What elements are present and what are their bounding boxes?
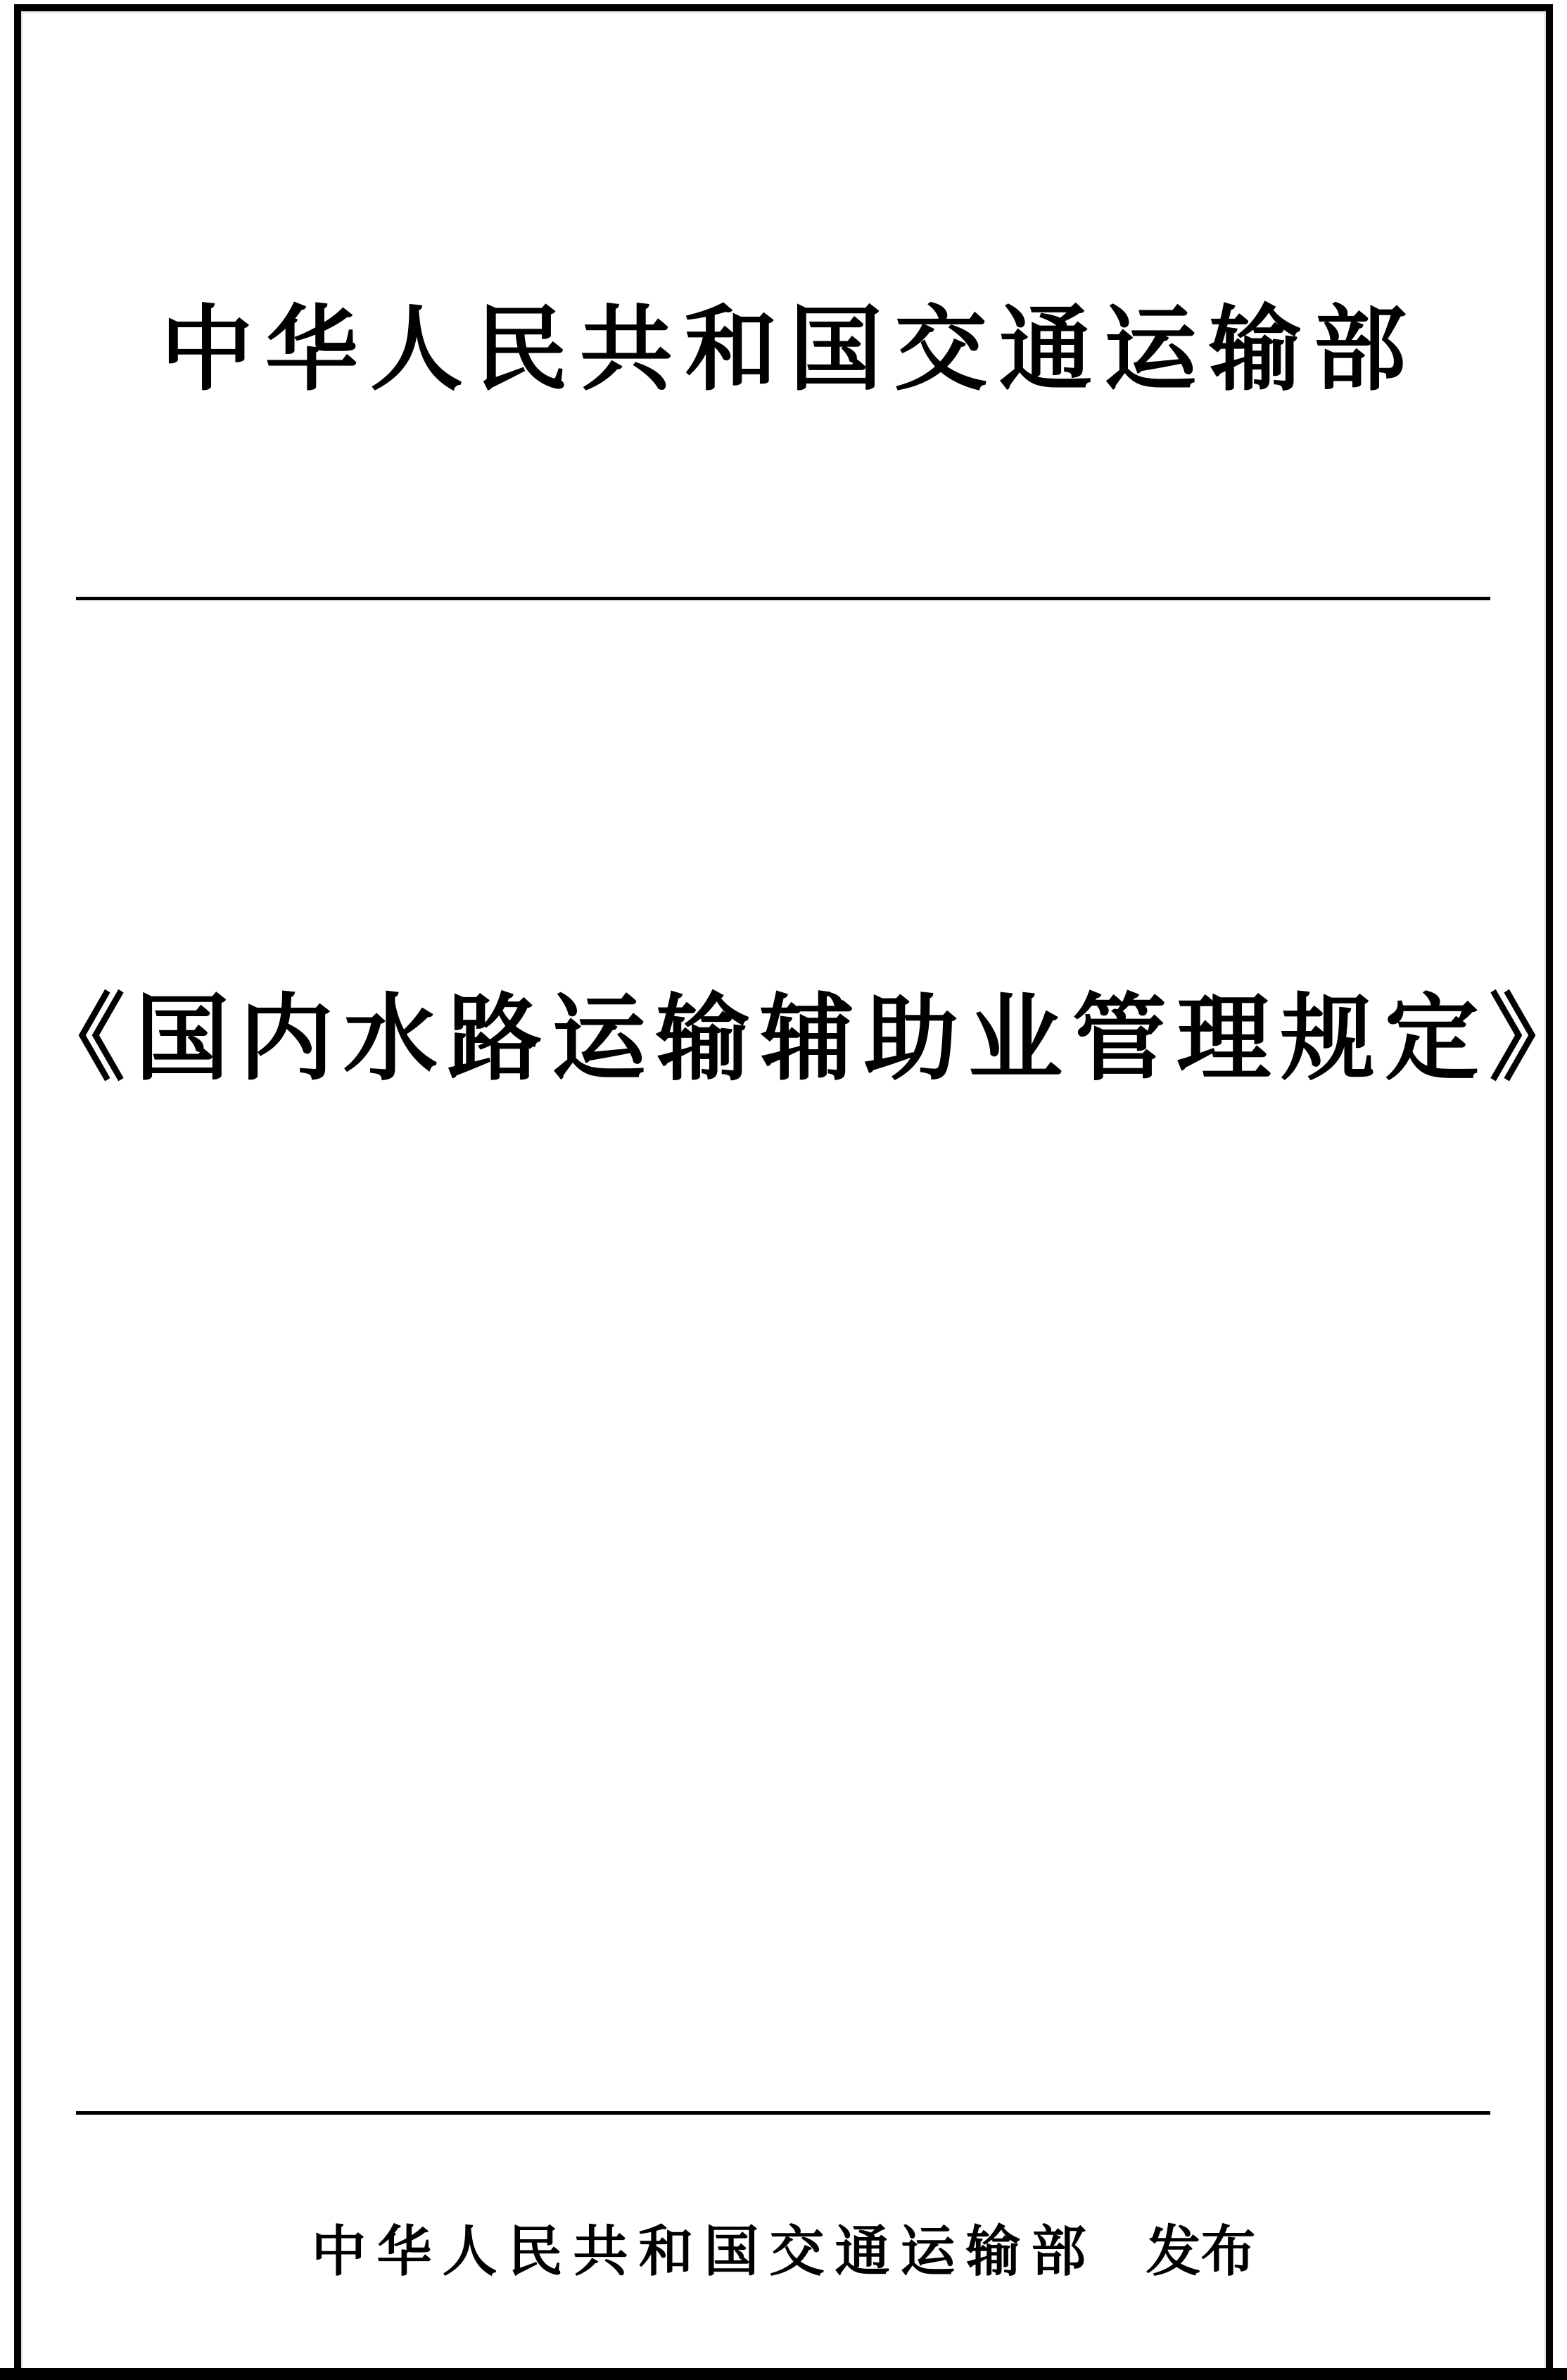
publisher-name: 中华人民共和国交通运输部 [311, 2224, 1096, 2279]
bottom-border-bar [0, 2368, 1567, 2380]
publisher-line: 中华人民共和国交通运输部 发布 [21, 2224, 1546, 2279]
top-divider-rule [76, 597, 1490, 600]
release-label: 发布 [1146, 2224, 1256, 2279]
document-cover-page: 中华人民共和国交通运输部 《国内水路运输辅助业管理规定》 中华人民共和国交通运输… [0, 0, 1567, 2380]
ministry-title: 中华人民共和国交通运输部 [21, 304, 1546, 397]
bottom-divider-rule [76, 2111, 1490, 2115]
document-title: 《国内水路运输辅助业管理规定》 [21, 992, 1546, 1087]
